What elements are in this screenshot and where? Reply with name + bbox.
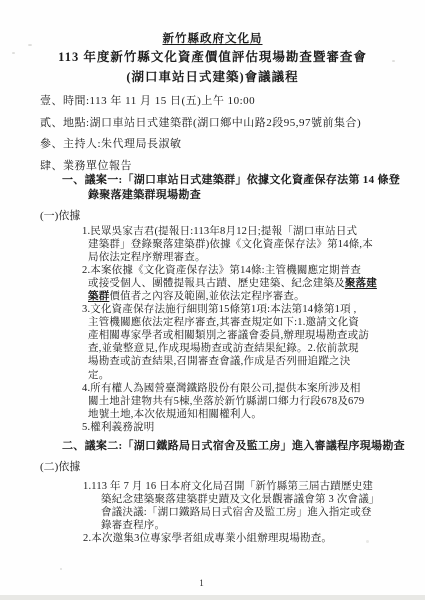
meta-location: 貳、地點:湖口車站日式建築群(湖口鄉中山路2段95,97號前集合) — [40, 117, 407, 130]
document-title-line1: 113 年度新竹縣文化資產價值評估現場勘查暨審查會 — [40, 47, 385, 67]
agenda-2: 二、議案二:「湖口鐵路局日式宿舍及監工房」進入審議程序現場勘查 (二)依據 1.… — [40, 439, 407, 545]
agenda-1-item-5: 5.權利義務說明 — [82, 421, 407, 434]
meta-chairperson: 參、主持人:朱代理局長淑敏 — [40, 138, 407, 151]
agenda-1-item-2: 2.本案依據《文化資產保存法》第14條:主管機關應定期普查 或接受個人、團體提報… — [40, 264, 407, 303]
body-line: 定。 — [88, 369, 407, 382]
agenda-2-item-1: 1.113 年 7 月 16 日本府文化局召開「新竹縣第三屆古蹟歷史建 築紀念建… — [40, 480, 407, 532]
meeting-meta: 壹、時間:113 年 11 月 15 日(五)上午 10:00 貳、地點:湖口車… — [40, 95, 407, 173]
body-line: 主管機關應依法定程序審查,其審查規定如下:1.邀請文化資 — [88, 316, 407, 329]
body-line: 關土地計建物共有5棟,坐落於新竹縣湖口鄉力行段678及679 — [88, 395, 407, 408]
org-header: 新竹縣政府文化局 — [40, 32, 385, 47]
agenda-1-item-1: 1.民眾吳家吉君(提報日:113年8月12日;提報「湖口車站日式 建築群」登錄聚… — [40, 225, 407, 264]
agenda-1-item-4: 4.所有權人為國營臺灣鐵路股份有限公司,提供本案所涉及相 關土地計建物共有5棟,… — [40, 382, 407, 421]
body-line: 1.民眾吳家吉君(提報日:113年8月12日;提報「湖口車站日式 — [82, 225, 407, 238]
body-line: 3.文化資產保存法施行細則第15條第1項:本法第14條第1項 , — [82, 303, 407, 316]
scan-artifact — [12, 52, 15, 54]
scan-artifact — [366, 540, 369, 543]
agenda-1-heading: 一、議案一:「湖口車站日式建築群」依據文化資產保存法第 14 條登 — [62, 173, 407, 189]
agenda-2-item-2: 2.本次邀集3位專家學者組成專業小組辦理現場勘查。 — [83, 532, 407, 545]
scan-artifact — [392, 60, 395, 62]
body-line: 築紀念建築聚落建築群史蹟及文化景觀審議會第 3 次會議」 — [101, 493, 407, 506]
body-line: 局依法定程序辦理審查。 — [88, 251, 407, 264]
body-line: 地號土地,本次依規通知相關權利人。 — [88, 408, 407, 421]
body-line: 查,並彙整意見,作成現場勘查或訪查結果紀錄。2.依前款現 — [88, 342, 407, 355]
body-line: 1.113 年 7 月 16 日本府文化局召開「新竹縣第三屆古蹟歷史建 — [83, 480, 407, 493]
body-line: 築群價值者之內容及範圍,並依法定程序審查。 — [88, 290, 407, 303]
body-line: 或接受個人、團體提報具古蹟、歷史建築、紀念建築及聚落建 — [88, 277, 407, 290]
body-line: 錄審查程序。 — [101, 519, 407, 532]
agenda-1-heading-cont: 錄聚落建築群現場勘查 — [88, 188, 407, 204]
page-number: 1 — [0, 578, 403, 588]
meta-time: 壹、時間:113 年 11 月 15 日(五)上午 10:00 — [40, 95, 407, 108]
scan-artifact — [60, 568, 62, 570]
body-text: 價值者之內容及範圍,並依法定程序審查。 — [109, 291, 304, 302]
body-text: 或接受個人、團體提報具古蹟、歷史建築、紀念建築及 — [88, 278, 345, 289]
agenda-1-item-3: 3.文化資產保存法施行細則第15條第1項:本法第14條第1項 , 主管機關應依法… — [40, 303, 407, 382]
body-line: 2.本案依據《文化資產保存法》第14條:主管機關應定期普查 — [82, 264, 407, 277]
body-line: 4.所有權人為國營臺灣鐵路股份有限公司,提供本案所涉及相 — [82, 382, 407, 395]
agenda-2-basis-label: (二)依據 — [40, 461, 407, 474]
meta-unit-report: 肆、業務單位報告 — [40, 160, 407, 173]
scan-edge-band — [0, 595, 425, 600]
body-line: 會議決議:「湖口鐵路局日式宿舍及監工房」進入指定或登 — [101, 506, 407, 519]
body-line: 產相關專家學者或相關類別之審議會委員,辦理現場勘查或訪 — [88, 329, 407, 342]
emphasized-term: 聚落建 — [345, 278, 377, 289]
agenda-1: 一、議案一:「湖口車站日式建築群」依據文化資產保存法第 14 條登 錄聚落建築群… — [40, 173, 407, 435]
scan-artifact — [28, 44, 32, 46]
emphasized-term: 築群 — [88, 291, 109, 302]
document-page: 新竹縣政府文化局 113 年度新竹縣文化資產價值評估現場勘查暨審查會 (湖口車站… — [0, 0, 425, 600]
agenda-2-heading: 二、議案二:「湖口鐵路局日式宿舍及監工房」進入審議程序現場勘查 — [62, 439, 407, 455]
agenda-1-basis-label: (一)依據 — [40, 210, 407, 223]
body-line: 建築群」登錄聚落建築群)依據《文化資產保存法》第14條,本 — [88, 238, 407, 251]
document-title-line2: (湖口車站日式建築)會議議程 — [40, 67, 385, 87]
body-line: 場勘查或訪查結果,召開審查會議,作成是否列冊追蹤之決 — [88, 355, 407, 368]
